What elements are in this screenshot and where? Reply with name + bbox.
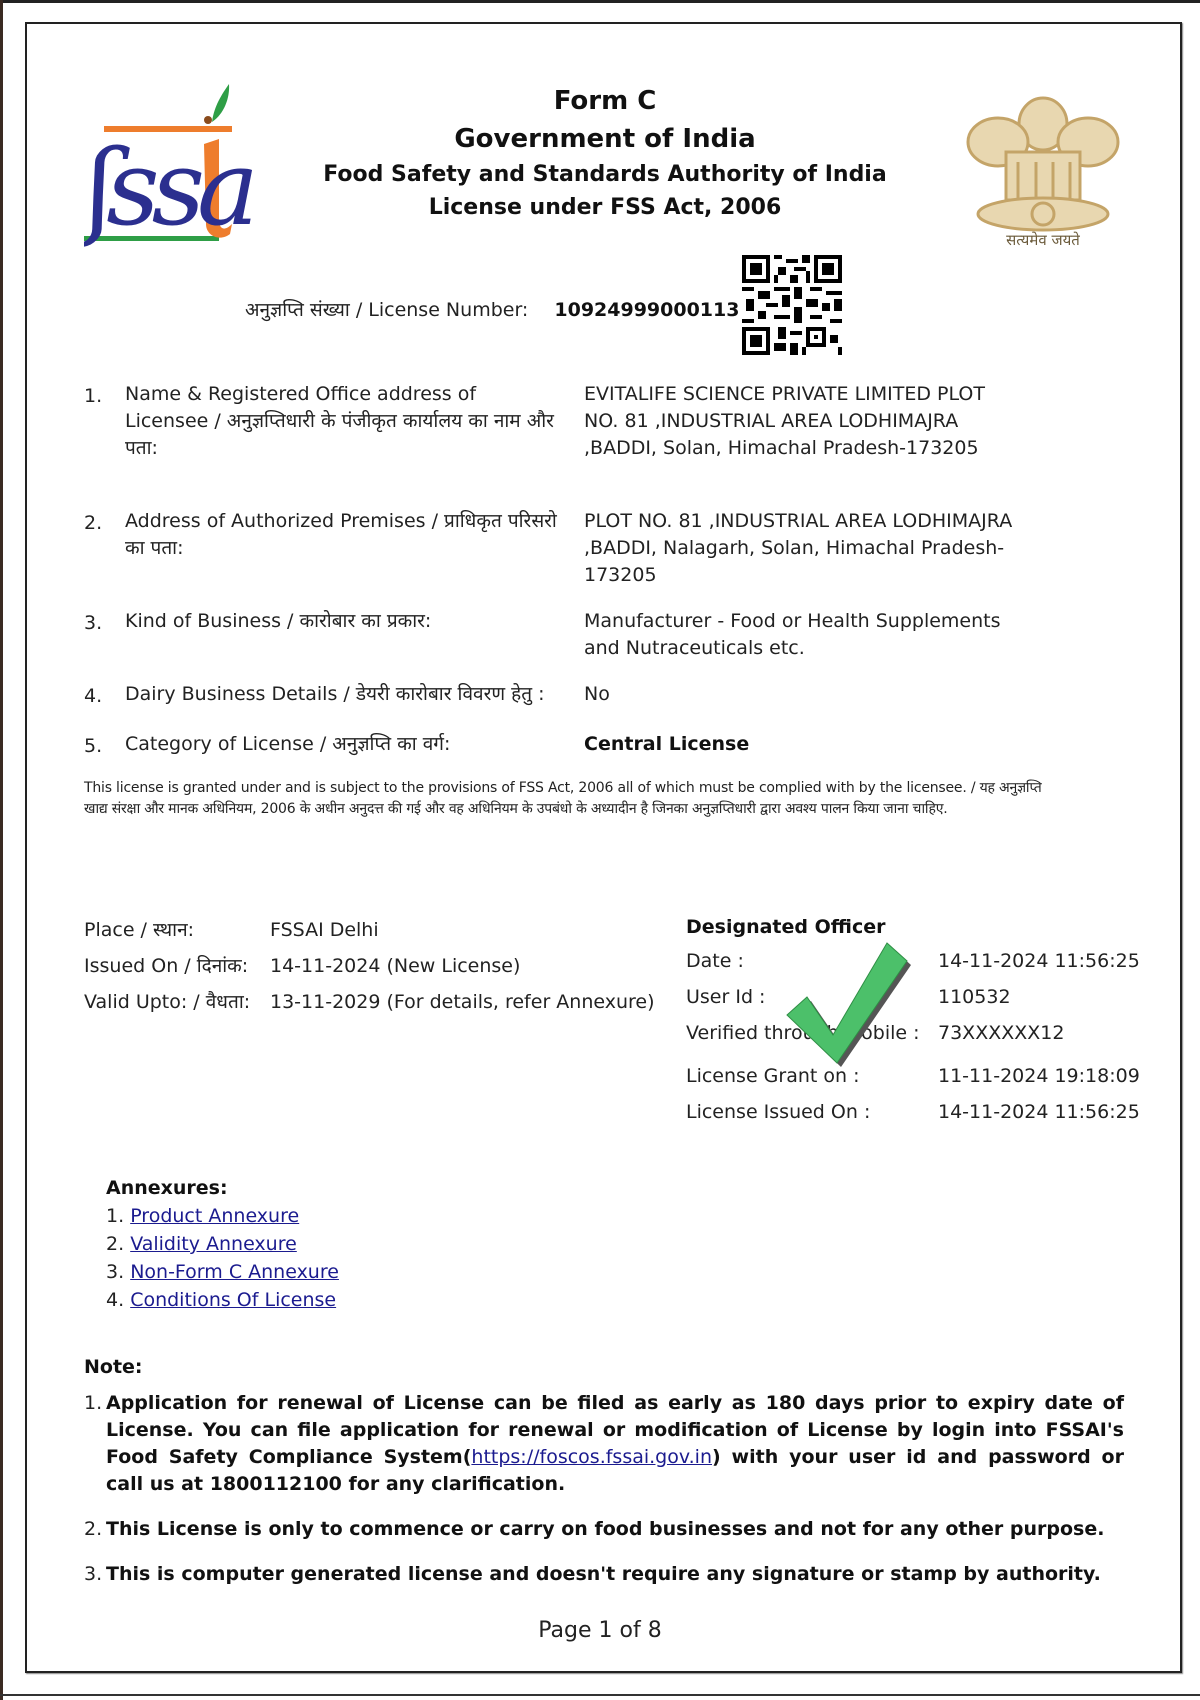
note-item: 1. Application for renewal of License ca… [84, 1390, 1124, 1498]
conditions-of-license-link[interactable]: Conditions Of License [130, 1289, 336, 1311]
validity-annexure-link[interactable]: Validity Annexure [130, 1233, 297, 1255]
foscos-link[interactable]: https://foscos.fssai.gov.in [471, 1446, 712, 1468]
item-value: No [584, 681, 1024, 708]
item-value: EVITALIFE SCIENCE PRIVATE LIMITED PLOT N… [584, 381, 1024, 462]
license-number-label: अनुज्ञप्ति संख्या / License Number: [245, 299, 528, 321]
page-edge-bottom [0, 1694, 1200, 1696]
valid-value: 13-11-2029 (For details, refer Annexure) [270, 984, 655, 1020]
svg-text:सत्यमेव जयते: सत्यमेव जयते [1006, 231, 1080, 249]
authority-title: Food Safety and Standards Authority of I… [300, 158, 910, 192]
header-titles: Form C Government of India Food Safety a… [300, 82, 910, 224]
issued-value: 14-11-2024 (New License) [270, 948, 520, 984]
non-form-c-annexure-link[interactable]: Non-Form C Annexure [130, 1261, 339, 1283]
place-value: FSSAI Delhi [270, 912, 379, 948]
annexures-heading: Annexures: [106, 1174, 339, 1202]
license-number: 10924999000113 [554, 299, 739, 321]
item-label: Address of Authorized Premises / प्राधिक… [125, 508, 565, 562]
act-title: License under FSS Act, 2006 [300, 192, 910, 224]
place-block: Place / स्थान:FSSAI Delhi Issued On / दि… [84, 912, 655, 1020]
national-emblem: सत्यमेव जयते [958, 82, 1128, 252]
form-title: Form C [300, 82, 910, 120]
note-item: 3. This is computer generated license an… [84, 1561, 1124, 1588]
verified-check-icon [775, 935, 915, 1075]
fssai-logo: ʃssa [84, 84, 254, 249]
notes-section: Note: 1. Application for renewal of Lice… [84, 1356, 1124, 1606]
issued-label: Issued On / दिनांक: [84, 948, 270, 984]
valid-label: Valid Upto: / वैधता: [84, 984, 270, 1020]
item-label: Dairy Business Details / डेयरी कारोबार व… [125, 681, 565, 708]
item-value: Manufacturer - Food or Health Supplement… [584, 608, 1024, 662]
place-label: Place / स्थान: [84, 912, 270, 948]
note-heading: Note: [84, 1356, 1124, 1378]
page-edge-top [0, 0, 1200, 3]
svg-text:ʃssa: ʃssa [84, 127, 253, 249]
page-number: Page 1 of 8 [0, 1618, 1200, 1643]
item-label: Name & Registered Office address of Lice… [125, 381, 565, 462]
page-edge-left [0, 0, 3, 1700]
government-title: Government of India [300, 120, 910, 158]
item-value: Central License [584, 731, 1024, 758]
product-annexure-link[interactable]: Product Annexure [130, 1205, 299, 1227]
license-disclaimer: This license is granted under and is sub… [84, 778, 1044, 820]
officer-row: License Issued On :14-11-2024 11:56:25 [686, 1101, 885, 1137]
license-number-row: अनुज्ञप्ति संख्या / License Number: 1092… [245, 296, 739, 322]
qr-code[interactable] [742, 255, 842, 355]
item-label: Category of License / अनुज्ञप्ति का वर्ग… [125, 731, 565, 758]
annexures-list: Annexures: 1. Product Annexure 2. Validi… [106, 1174, 339, 1314]
item-label: Kind of Business / कारोबार का प्रकार: [125, 608, 565, 635]
item-value: PLOT NO. 81 ,INDUSTRIAL AREA LODHIMAJRA … [584, 508, 1024, 589]
note-item: 2. This License is only to commence or c… [84, 1516, 1124, 1543]
